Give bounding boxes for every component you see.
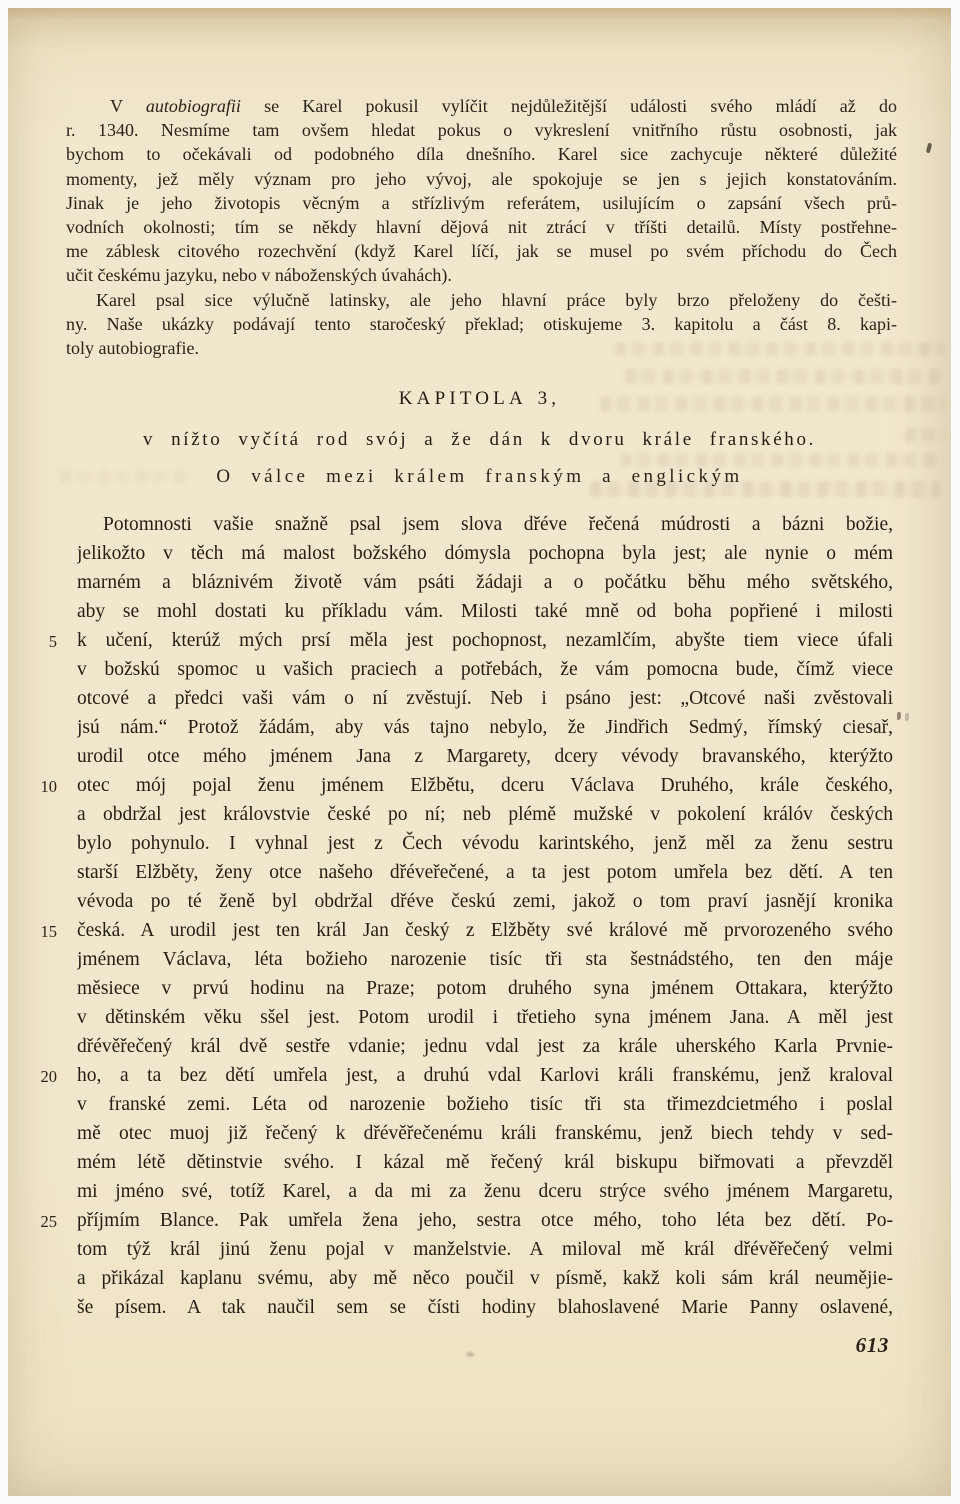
text-line: jsú nám.“ Protož žádám, aby vás tajno ne… xyxy=(77,713,893,742)
intro-italic-title-word: autobiografii xyxy=(146,96,241,116)
section-heading: O válce mezi králem franským a englickým xyxy=(8,466,951,488)
chapter-title: KAPITOLA 3, xyxy=(8,388,951,410)
text-line: příjmím Blance. Pak umřela žena jeho, se… xyxy=(77,1206,893,1235)
intro-paragraph-1: r. 1340. Nesmíme tam ovšem hledat pokus … xyxy=(66,118,897,287)
text-line: aby se mohl dostati ku příkladu vám. Mil… xyxy=(77,597,893,626)
margin-line-number-5: 5 xyxy=(24,627,57,656)
text-line: ny. Naše ukázky podávají tento staročesk… xyxy=(66,312,897,336)
text-line: česká. A urodil jest ten král Jan český … xyxy=(77,916,893,945)
intro-first-line: V autobiografii se Karel pokusil vylíčit… xyxy=(66,94,897,118)
text-line: ho, a ta bez dětí umřela jest, a druhú v… xyxy=(77,1061,893,1090)
text-line: k učení, kterúž mých prsí měla jest poch… xyxy=(77,626,893,655)
text-line: a přikázal kaplanu svému, aby mě něco po… xyxy=(77,1264,893,1293)
text-line: mě otec muoj již řečený k dřévěřečenému … xyxy=(77,1119,893,1148)
intro-first-line-rest: se Karel pokusil vylíčit nejdůležitější … xyxy=(241,96,897,116)
text-line: v franské zemi. Léta od narozenie božieh… xyxy=(77,1090,893,1119)
text-line: momenty, jež měly význam pro jeho vývoj,… xyxy=(66,167,897,191)
text-line: tom týž král jinú ženu pojal v manželstv… xyxy=(77,1235,893,1264)
intro-paragraph-2: Karel psal sice výlučně latinsky, ale je… xyxy=(66,288,897,361)
bleed-through-smudge xyxy=(620,453,940,467)
scanned-book-screenshot: { "page_number": "613", "paper_color": "… xyxy=(0,0,960,1504)
text-line: še písem. A tak naučil sem se čísti hodi… xyxy=(77,1293,893,1322)
margin-line-number-25: 25 xyxy=(24,1207,57,1236)
text-line: bylo pohynulo. I vyhnal jest z Čech vévo… xyxy=(77,829,893,858)
text-line: r. 1340. Nesmíme tam ovšem hledat pokus … xyxy=(66,118,897,142)
margin-line-number-15: 15 xyxy=(24,917,57,946)
text-line: v božskú spomoc u vašich praciech a potř… xyxy=(77,655,893,684)
scan-speck xyxy=(897,712,901,720)
margin-line-number-20: 20 xyxy=(24,1062,57,1091)
text-line: Potomnosti vašie snažně psal jsem slova … xyxy=(77,510,893,539)
margin-line-number-10: 10 xyxy=(24,772,57,801)
text-line: mém létě dětinstvie svého. I kázal mě ře… xyxy=(77,1148,893,1177)
intro-first-line-prefix: V xyxy=(110,96,146,116)
text-line: starší Elžběty, ženy otce našeho dřéveře… xyxy=(77,858,893,887)
text-line: bychom to očekávali od podobného díla dn… xyxy=(66,142,897,166)
text-line: v dětinském věku sšel jest. Potom urodil… xyxy=(77,1003,893,1032)
text-line: vévoda po té ženě byl obdržal dřéve česk… xyxy=(77,887,893,916)
text-line: otec mój pojal ženu jménem Elžbětu, dcer… xyxy=(77,771,893,800)
text-line: dřévěřečený král dvě sestře vdanie; jedn… xyxy=(77,1032,893,1061)
text-line: toly autobiografie. xyxy=(66,336,897,360)
scan-speck xyxy=(926,143,932,154)
text-line: me záblesk citového rozechvění (když Kar… xyxy=(66,239,897,263)
text-line: otcové a předci vaši vám o ní zvěstují. … xyxy=(77,684,893,713)
text-line: učit českému jazyku, nebo v náboženských… xyxy=(66,263,897,287)
text-line: marném a bláznivém životě vám psáti žáda… xyxy=(77,568,893,597)
book-page: V autobiografii se Karel pokusil vylíčit… xyxy=(8,8,951,1496)
scan-speck xyxy=(466,1352,474,1357)
text-line: Karel psal sice výlučně latinsky, ale je… xyxy=(66,288,897,312)
text-line: jelikožto v těch má malost božského dómy… xyxy=(77,539,893,568)
text-line: a obdržal jest královstvie české po ní; … xyxy=(77,800,893,829)
bleed-through-smudge xyxy=(625,369,940,384)
page-number: 613 xyxy=(856,1333,889,1358)
text-line: mi jméno své, totíž Karel, a da mi za že… xyxy=(77,1177,893,1206)
text-line: urodil otce mého jménem Jana z Margarety… xyxy=(77,742,893,771)
text-line: jménem Václava, léta božieho narozenie t… xyxy=(77,945,893,974)
chapter-body: Potomnosti vašie snažně psal jsem slova … xyxy=(77,510,893,1322)
chapter-subtitle: v nížto vyčítá rod svój a že dán k dvoru… xyxy=(8,429,951,451)
text-line: měsiece v prvú hodinu na Praze; potom dr… xyxy=(77,974,893,1003)
text-line: vodních okolnosti; tím se někdy hlavní d… xyxy=(66,215,897,239)
text-line: Jinak je jeho životopis věcným a střízli… xyxy=(66,191,897,215)
editorial-intro: V autobiografii se Karel pokusil vylíčit… xyxy=(66,94,897,360)
